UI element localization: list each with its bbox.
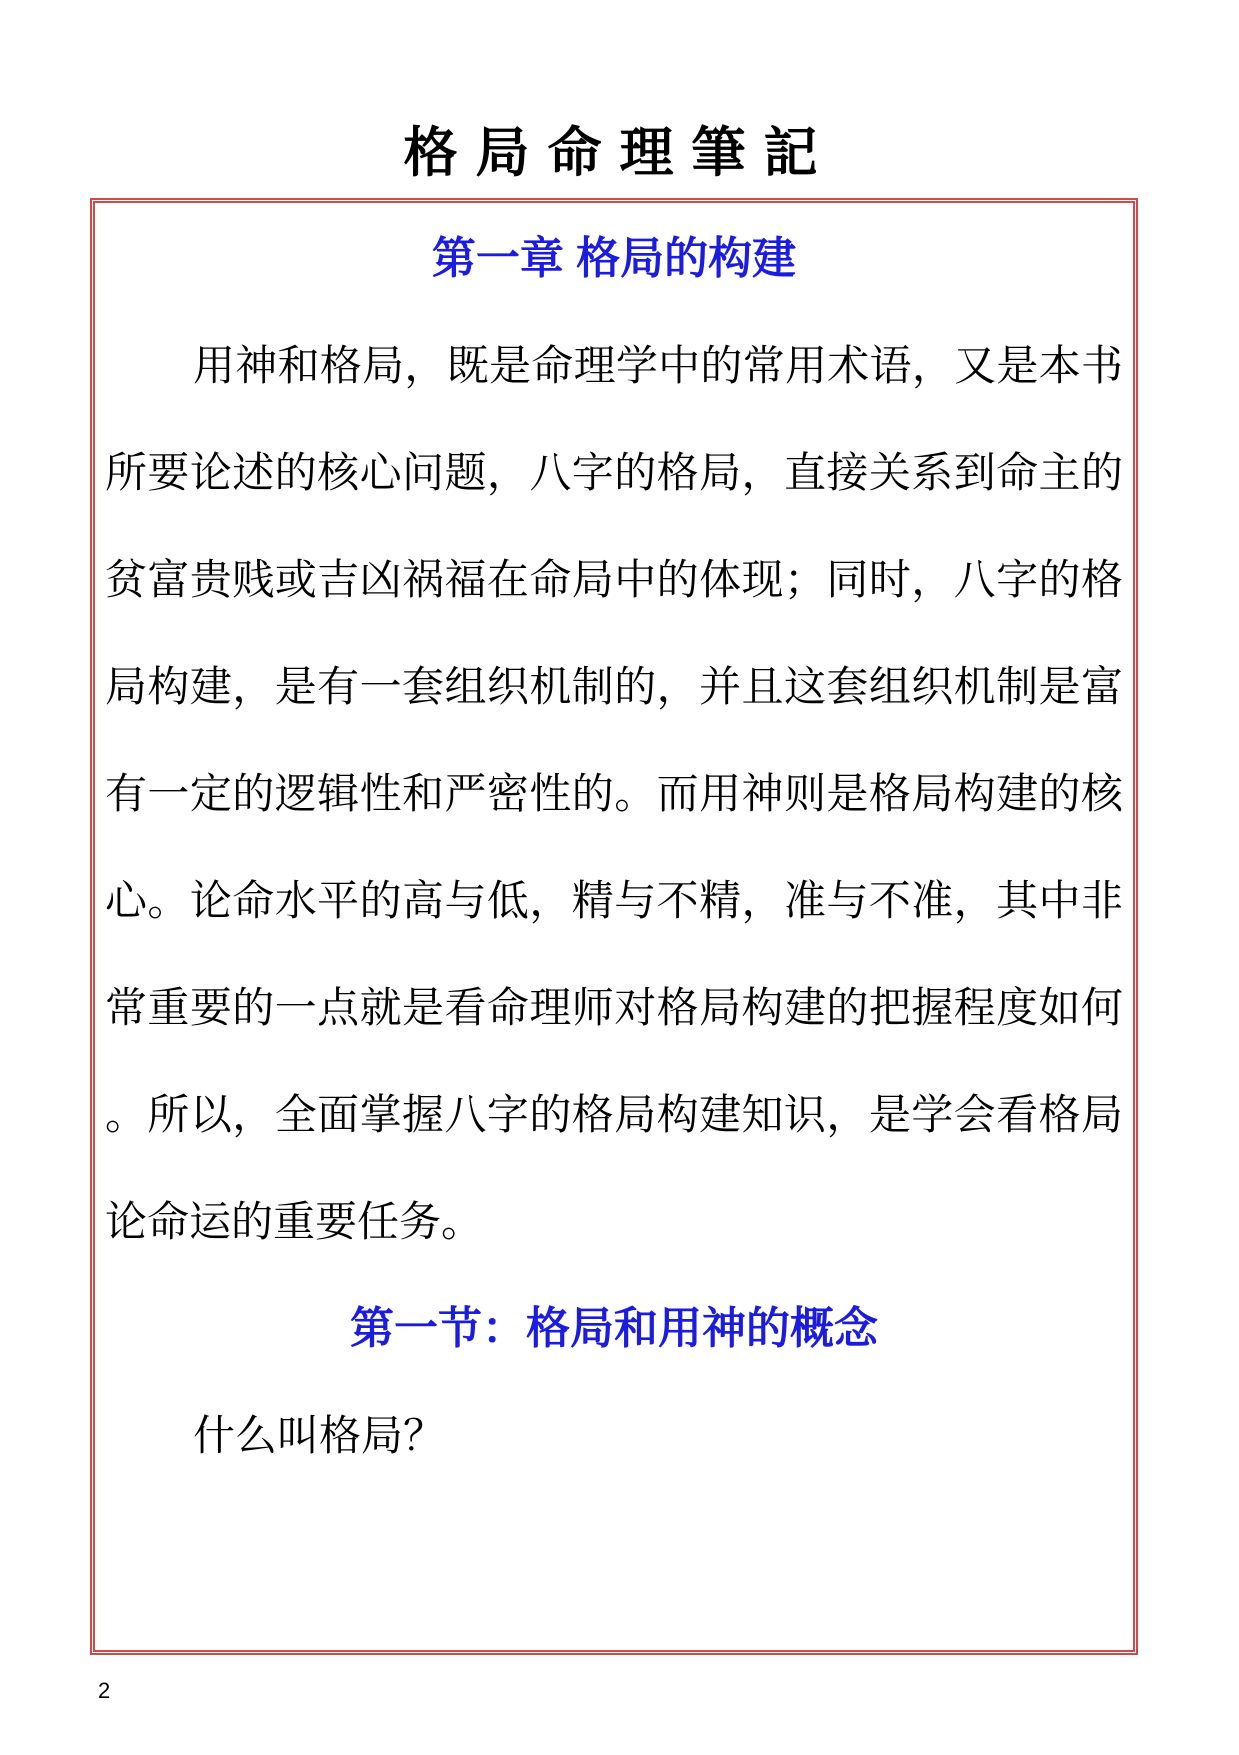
document-page: 格局命理筆記 第一章 格局的构建 用神和格局，既是命理学中的常用术语，又是本书 … — [0, 0, 1239, 1755]
section-heading: 第一节：格局和用神的概念 — [105, 1275, 1123, 1382]
question-line: 什么叫格局？ — [105, 1382, 1123, 1489]
paragraph-line: 有一定的逻辑性和严密性的。而用神则是格局构建的核 — [105, 740, 1123, 847]
paragraph-line: 局构建，是有一套组织机制的，并且这套组织机制是富 — [105, 633, 1123, 740]
document-title: 格局命理筆記 — [0, 0, 1239, 198]
paragraph-line: 用神和格局，既是命理学中的常用术语，又是本书 — [105, 312, 1123, 419]
page-number: 2 — [98, 1678, 110, 1704]
content-border-box: 第一章 格局的构建 用神和格局，既是命理学中的常用术语，又是本书 所要论述的核心… — [90, 198, 1138, 1655]
paragraph-line: 贫富贵贱或吉凶祸福在命局中的体现；同时，八字的格 — [105, 526, 1123, 633]
paragraph-line: 所要论述的核心问题，八字的格局，直接关系到命主的 — [105, 419, 1123, 526]
paragraph-line: 常重要的一点就是看命理师对格局构建的把握程度如何 — [105, 954, 1123, 1061]
chapter-heading: 第一章 格局的构建 — [105, 205, 1123, 312]
paragraph-line: 心。论命水平的高与低，精与不精，准与不准，其中非 — [105, 847, 1123, 954]
paragraph-line: 论命运的重要任务。 — [105, 1168, 1123, 1275]
paragraph-line: 。所以，全面掌握八字的格局构建知识，是学会看格局 — [105, 1061, 1123, 1168]
